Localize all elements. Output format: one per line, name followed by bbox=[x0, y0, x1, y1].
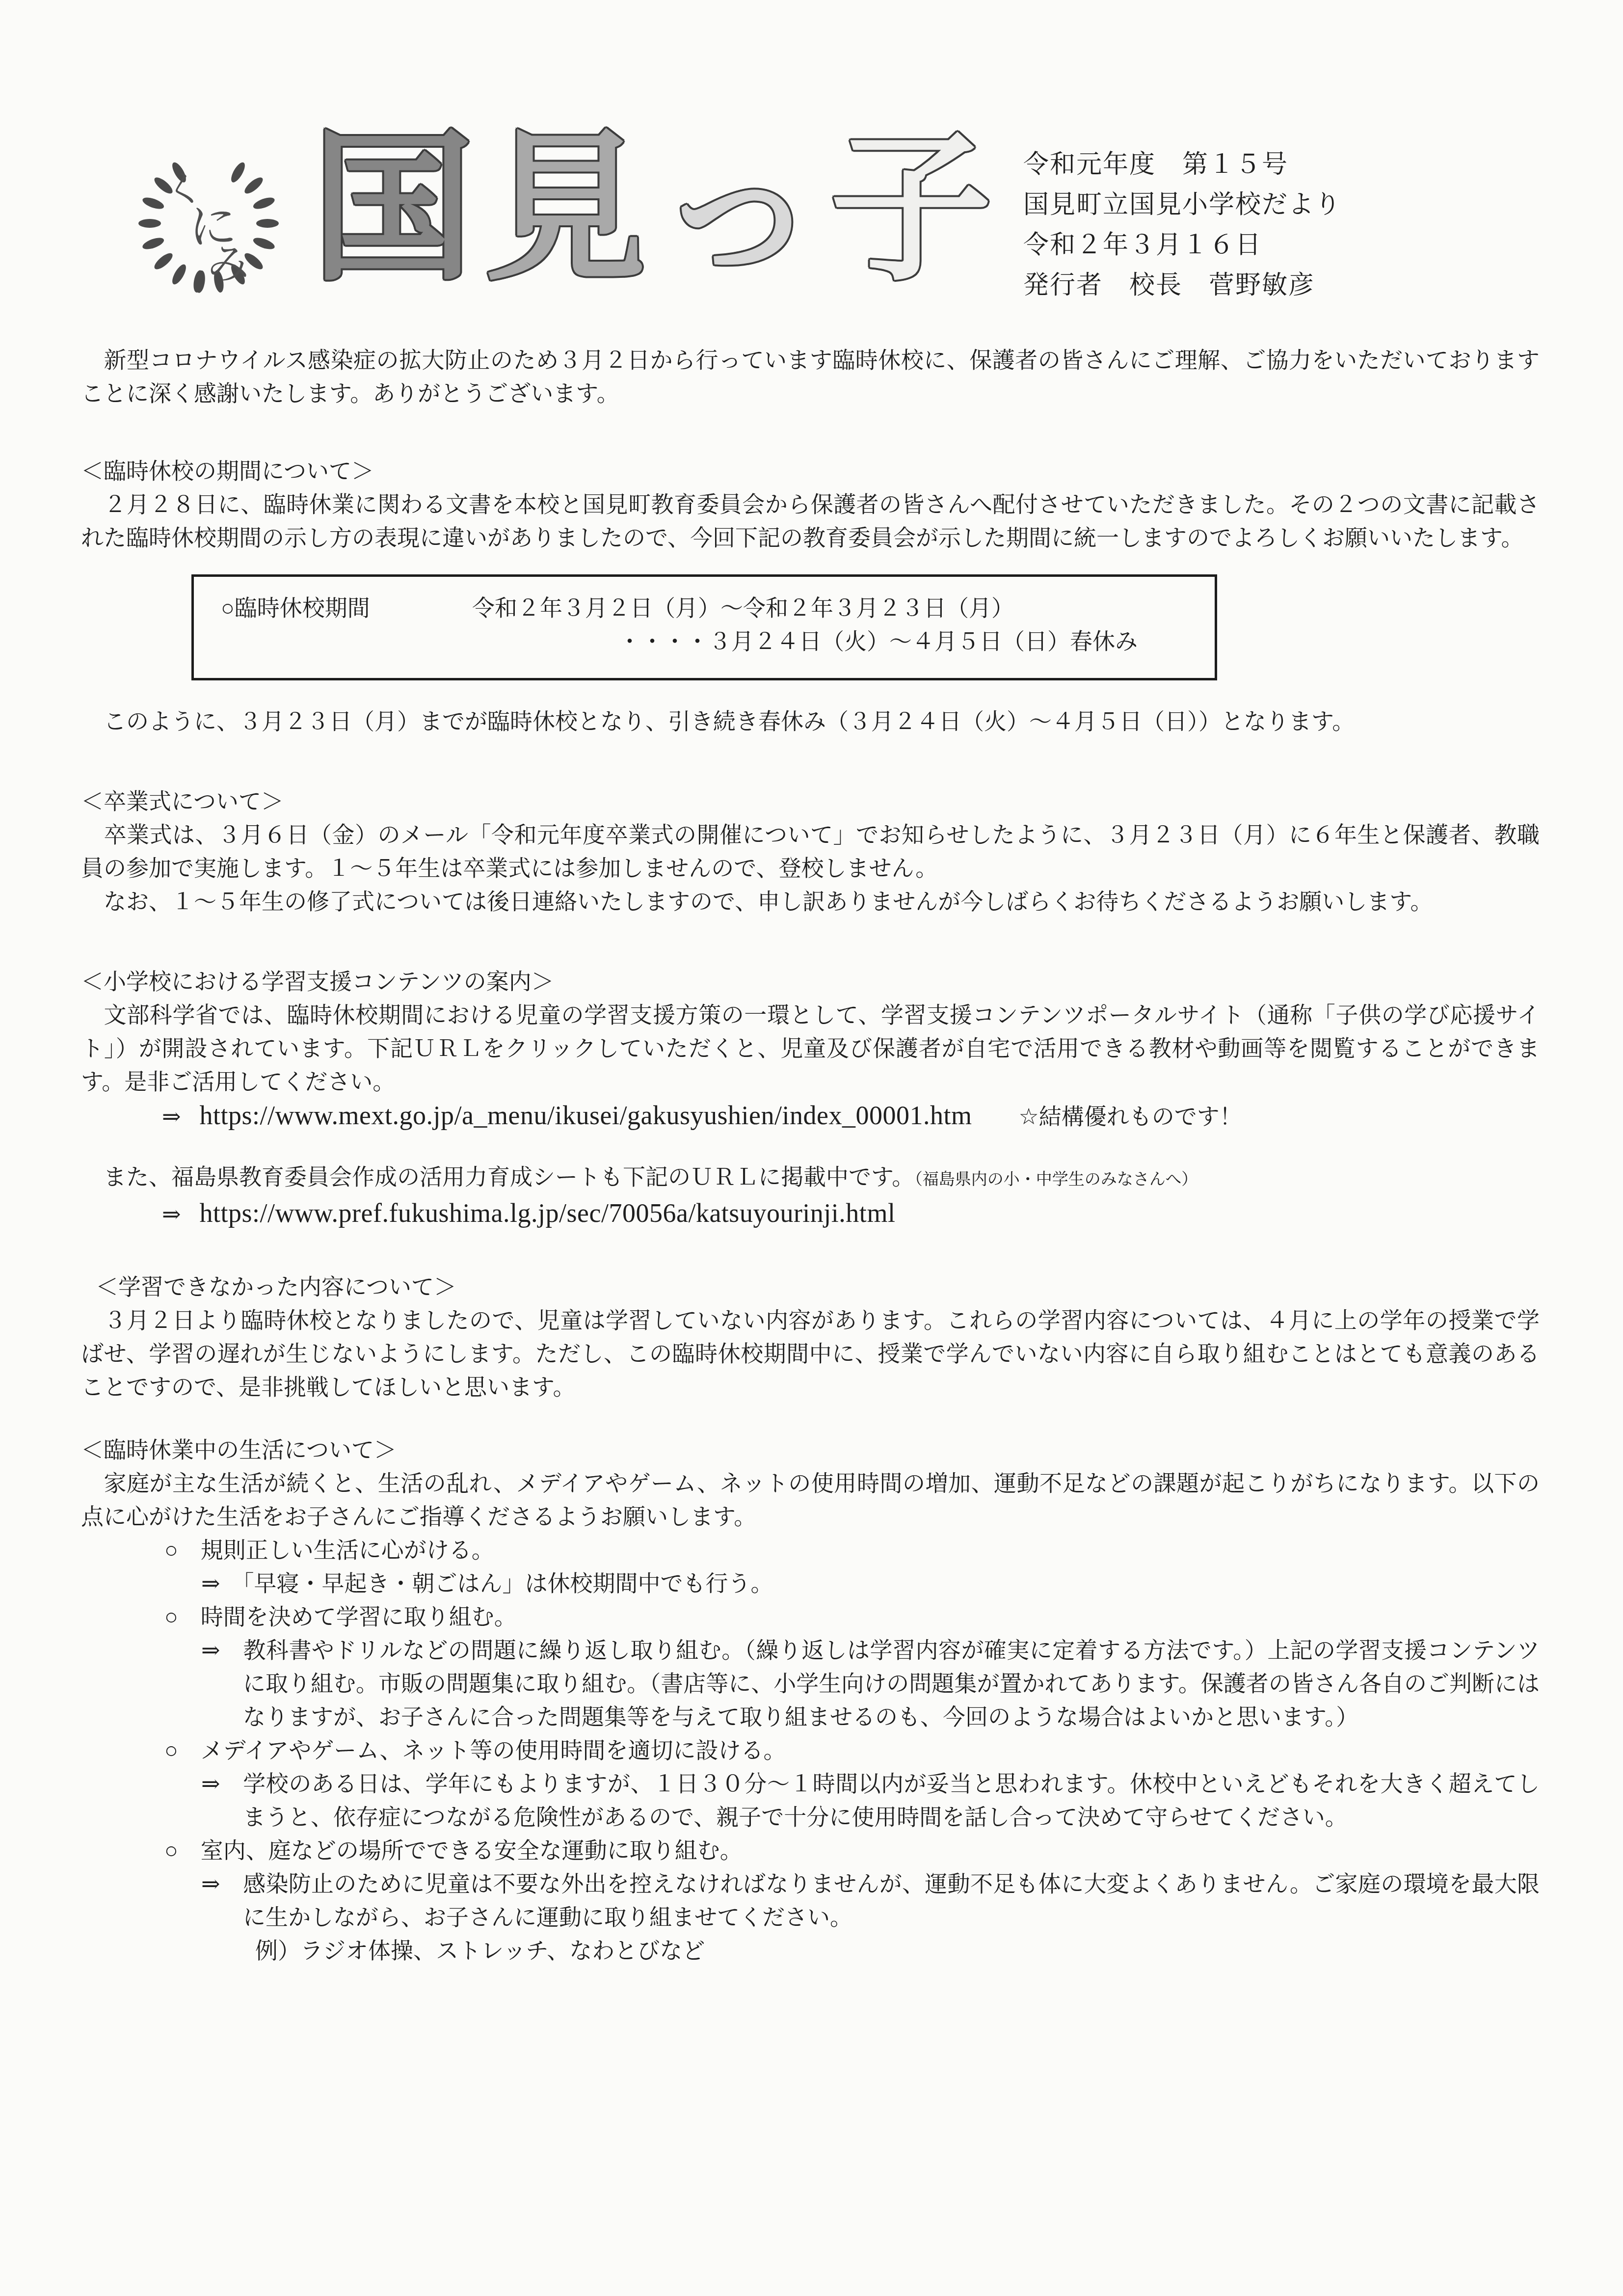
fukushima-sheet-text: また、福島県教育委員会作成の活用力育成シートも下記のＵＲＬに掲載中です。 bbox=[81, 1164, 914, 1189]
issue-line-publisher: 発行者 校長 菅野敏彦 bbox=[1023, 266, 1341, 306]
list-item-safe-exercise: ○ 室内、庭などの場所でできる安全な運動に取り組む。 bbox=[81, 1834, 1540, 1867]
newsletter-title: 国 見 っ 子 bbox=[312, 125, 1003, 292]
section-heading-daily-life: ＜臨時休業中の生活について＞ bbox=[81, 1433, 1540, 1467]
closure-period-box: ○臨時休校期間 令和２年３月２日（月）～令和２年３月２３日（月） ・・・・３月２… bbox=[191, 574, 1217, 680]
period-dates-main: 令和２年３月２日（月）～令和２年３月２３日（月） bbox=[472, 592, 1014, 625]
list-item-media-guideline: ⇒ 学校のある日は、学年にもよりますが、１日３０分～１時間以内が妥当と思われます… bbox=[81, 1767, 1540, 1834]
list-item-early-sleep: ⇒ 「早寝・早起き・朝ごはん」は休校期間中でも行う。 bbox=[81, 1567, 1540, 1600]
section-heading-learning-support: ＜小学校における学習支援コンテンツの案内＞ bbox=[81, 965, 1540, 999]
mext-url-line: ⇒https://www.mext.go.jp/a_menu/ikusei/ga… bbox=[81, 1099, 1540, 1134]
list-item-regular-life: ○ 規則正しい生活に心がける。 bbox=[81, 1534, 1540, 1567]
graduation-paragraph-1: 卒業式は、３月６日（金）のメール「令和元年度卒業式の開催について」でお知らせした… bbox=[81, 818, 1540, 885]
period-line-1: ○臨時休校期間 令和２年３月２日（月）～令和２年３月２３日（月） bbox=[221, 592, 1195, 625]
newsletter-page: く に み 国 見 っ 子 令和元年度 第１５号 国見町立国見小学校だより 令和… bbox=[0, 0, 1623, 2296]
title-char-kuni: 国 bbox=[312, 125, 484, 292]
right-arrow-icon: ⇒ bbox=[162, 1104, 181, 1129]
intro-paragraph: 新型コロナウイルス感染症の拡大防止のため３月２日から行っています臨時休校に、保護… bbox=[81, 344, 1540, 410]
closure-period-paragraph: ２月２８日に、臨時休業に関わる文書を本校と国見町教育委員会から保護者の皆さんへ配… bbox=[81, 488, 1540, 555]
fukushima-url: https://www.pref.fukushima.lg.jp/sec/700… bbox=[200, 1198, 896, 1228]
fukushima-url-line: ⇒https://www.pref.fukushima.lg.jp/sec/70… bbox=[81, 1196, 1540, 1231]
fukushima-sheet-paragraph: また、福島県教育委員会作成の活用力育成シートも下記のＵＲＬに掲載中です。（福島県… bbox=[81, 1161, 1540, 1196]
period-dates-spring-break: ・・・・３月２４日（火）～４月５日（日）春休み bbox=[221, 625, 1195, 658]
laurel-wreath-icon: く に み bbox=[135, 137, 282, 304]
title-char-ko: 子 bbox=[830, 125, 1003, 292]
missed-content-paragraph: ３月２日より臨時休校となりましたので、児童は学習していない内容があります。これら… bbox=[81, 1304, 1540, 1404]
emblem-char-mi: み bbox=[205, 238, 254, 291]
section-heading-graduation: ＜卒業式について＞ bbox=[81, 785, 1540, 818]
daily-life-paragraph: 家庭が主な生活が続くと、生活の乱れ、メデイアやゲーム、ネットの使用時間の増加、運… bbox=[81, 1467, 1540, 1534]
mext-url: https://www.mext.go.jp/a_menu/ikusei/gak… bbox=[200, 1101, 972, 1130]
school-emblem: く に み bbox=[135, 137, 282, 304]
title-char-mi: 見 bbox=[484, 125, 657, 292]
issue-line-year-number: 令和元年度 第１５号 bbox=[1023, 145, 1341, 185]
list-item-textbook-drill: ⇒ 教科書やドリルなどの問題に繰り返し取り組む。（繰り返しは学習内容が確実に定着… bbox=[81, 1634, 1540, 1734]
section-heading-missed-content: ＜学習できなかった内容について＞ bbox=[96, 1270, 1540, 1304]
list-item-study-schedule: ○ 時間を決めて学習に取り組む。 bbox=[81, 1600, 1540, 1634]
graduation-paragraph-2: なお、１～５年生の修了式については後日連絡いたしますので、申し訳ありませんが今し… bbox=[81, 885, 1540, 918]
issue-info: 令和元年度 第１５号 国見町立国見小学校だより 令和２年３月１６日 発行者 校長… bbox=[1023, 145, 1341, 306]
right-arrow-icon: ⇒ bbox=[162, 1202, 181, 1227]
learning-support-paragraph: 文部科学省では、臨時休校期間における児童の学習支援方策の一環として、学習支援コン… bbox=[81, 999, 1540, 1099]
url-recommendation-note: ☆結構優れものです！ bbox=[1018, 1104, 1242, 1129]
title-char-tsu: っ bbox=[657, 125, 830, 292]
closure-summary-paragraph: このように、３月２３日（月）までが臨時休校となり、引き続き春休み（３月２４日（火… bbox=[81, 705, 1540, 738]
list-item-exercise-example: 例）ラジオ体操、ストレッチ、なわとびなど bbox=[81, 1934, 1540, 1968]
masthead: く に み 国 見 っ 子 令和元年度 第１５号 国見町立国見小学校だより 令和… bbox=[81, 0, 1540, 344]
issue-line-publication: 国見町立国見小学校だより bbox=[1023, 185, 1341, 225]
period-label: ○臨時休校期間 bbox=[221, 592, 472, 625]
issue-line-date: 令和２年３月１６日 bbox=[1023, 225, 1341, 266]
list-item-exercise-advice: ⇒ 感染防止のために児童は不要な外出を控えなければなりませんが、運動不足も体に大… bbox=[81, 1867, 1540, 1934]
section-heading-closure-period: ＜臨時休校の期間について＞ bbox=[81, 455, 1540, 488]
list-item-media-time: ○ メデイアやゲーム、ネット等の使用時間を適切に設ける。 bbox=[81, 1734, 1540, 1767]
fukushima-audience-note: （福島県内の小・中学生のみなさんへ） bbox=[914, 1171, 1197, 1189]
